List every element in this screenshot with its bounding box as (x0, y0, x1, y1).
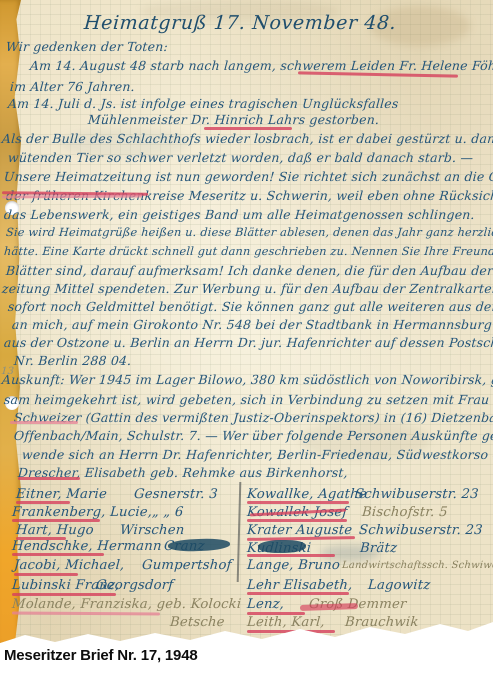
handwritten-line: Sie wird Heimatgrüße heißen u. diese Blä… (6, 226, 493, 239)
list-row: Molande, Franziska, geb. Kolocki (11, 597, 241, 612)
red-underline (247, 592, 349, 595)
person-name: Hendschke, Hermann (11, 539, 162, 554)
handwritten-line: Blätter sind, darauf aufmerksam! Ich dan… (5, 263, 493, 278)
red-underline (10, 421, 78, 424)
person-place: Landwirtschaftssch. Schwiwerst (342, 560, 493, 571)
handwritten-line: zeitung Mittel spendeten. Zur Werbung u.… (1, 281, 493, 296)
red-underline (247, 501, 349, 504)
red-underline (16, 537, 66, 540)
handwritten-line: Wir gedenken der Toten: (5, 39, 168, 54)
list-row: Lehr Elisabeth, Lagowitz (246, 578, 353, 593)
person-name: Lenz, (246, 597, 284, 612)
screenshot-root: Heimatgruß 17. November 48. 13 Wir geden… (0, 0, 493, 700)
letter-heading: Heimatgruß 17. November 48. (83, 12, 397, 34)
person-name: Eitner, Marie (15, 487, 107, 502)
red-underline (247, 554, 335, 557)
red-underline (204, 127, 292, 130)
person-name: Lehr Elisabeth, (246, 578, 353, 593)
person-place: „ „ 6 (151, 505, 184, 520)
handwritten-line: hätte. Eine Karte drückt schnell gut dan… (4, 245, 493, 258)
red-underline (18, 477, 80, 480)
handwritten-line: Als der Bulle des Schlachthofs wieder lo… (1, 131, 493, 146)
list-row: Kowallke, Agathe Schwibuserstr. 23 (246, 487, 367, 502)
person-place: Gesnerstr. 3 (133, 487, 218, 502)
red-underline (12, 553, 104, 556)
handwritten-line: Unsere Heimatzeitung ist nun geworden! S… (3, 169, 493, 184)
person-place: Schwibuserstr. 23 (358, 523, 483, 538)
list-row: Lange, Bruno Landwirtschaftssch. Schwiwe… (246, 558, 340, 573)
list-row: Frankenberg, Lucie, „ „ 6 (11, 505, 152, 520)
red-underline (247, 612, 305, 615)
red-underline (247, 519, 347, 522)
handwritten-line: an mich, auf mein Girokonto Nr. 548 bei … (11, 317, 493, 332)
person-place: Lagowitz (367, 578, 430, 593)
red-underline (12, 519, 100, 522)
handwritten-line: sofort noch Geldmittel benötigt. Sie kön… (7, 299, 493, 314)
handwritten-line: Am 14. Juli d. Js. ist infolge eines tra… (7, 96, 399, 111)
person-place: Betsche (169, 615, 225, 630)
person-name: Jacobi, Michael, (13, 558, 124, 573)
handwritten-line: im Alter 76 Jahren. (9, 79, 135, 94)
list-row: Hendschke, Hermann Cranz (11, 539, 162, 554)
list-row: Leith, Karl, Brauchwik (246, 615, 325, 630)
red-underline (16, 501, 70, 504)
handwritten-line: Schweizer (Gattin des vermißten Justiz-O… (13, 410, 493, 425)
handwritten-line: das Lebenswerk, ein geistiges Band um al… (3, 207, 475, 222)
list-row: Lubinski Franz, Georgsdorf (11, 578, 120, 593)
person-name: Molande, Franziska, geb. Kolocki (11, 597, 241, 612)
person-place: Schwibuserstr. 23 (354, 487, 479, 502)
red-underline (14, 573, 78, 576)
list-row: Jacobi, Michael, Gumpertshof (13, 558, 124, 573)
photo-caption: Meseritzer Brief Nr. 17, 1948 (4, 647, 197, 664)
person-name: Frankenberg, Lucie, (11, 505, 152, 520)
handwritten-line: Am 14. August 48 starb nach langem, schw… (29, 58, 493, 73)
person-name: Kowallke, Agathe (246, 487, 367, 502)
person-name: Hart, Hugo (15, 523, 94, 538)
person-place: Bischofstr. 5 (361, 505, 448, 520)
handwritten-line: Nr. Berlin 288 04. (13, 353, 131, 368)
handwritten-line: Auskunft: Wer 1945 im Lager Bilowo, 380 … (1, 372, 493, 387)
handwritten-line: wütenden Tier so schwer verletzt worden,… (7, 150, 473, 165)
handwritten-line: aus der Ostzone u. Berlin an Herrn Dr. j… (3, 335, 493, 350)
person-place: Georgsdorf (95, 578, 173, 593)
red-underline (12, 593, 116, 596)
list-row: Lenz, Groß Demmer (246, 597, 284, 612)
handwritten-line: sam heimgekehrt ist, wird gebeten, sich … (3, 392, 493, 407)
person-place: Brauchwik (344, 615, 419, 630)
list-row: Hart, Hugo Wirschen (15, 523, 94, 538)
list-row: Eitner, Marie Gesnerstr. 3 (15, 487, 107, 502)
red-underline (247, 630, 335, 633)
letter-scan: Heimatgruß 17. November 48. 13 Wir geden… (0, 0, 493, 645)
person-place: Wirschen (119, 523, 184, 538)
handwritten-line: Offenbach/Main, Schulstr. 7. — Wer über … (13, 428, 493, 443)
handwritten-line: Mühlenmeister Dr. Hinrich Lahrs gestorbe… (87, 112, 379, 127)
person-name: Lange, Bruno (246, 558, 340, 573)
list-row: Betsche (169, 615, 225, 630)
person-place: Brätz (359, 541, 397, 556)
handwritten-line: wende sich an Herrn Dr. Hafenrichter, Be… (21, 447, 493, 462)
person-name: Leith, Karl, (246, 615, 325, 630)
person-place: Gumpertshof (141, 558, 232, 573)
